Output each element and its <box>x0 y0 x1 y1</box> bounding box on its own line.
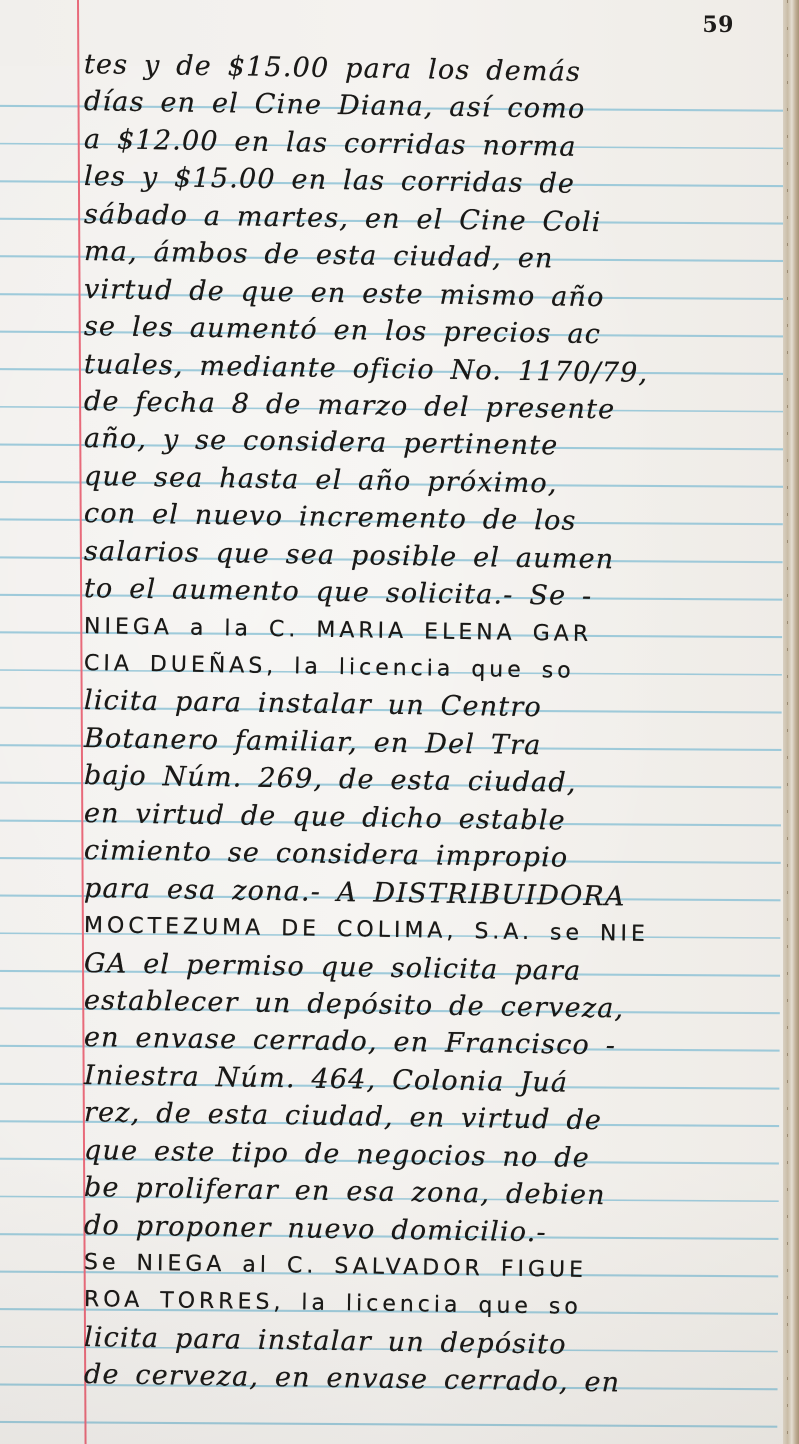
ledger-page-edge <box>783 0 799 1444</box>
ledger-page: 59 tes y de $15.00 para los demás días e… <box>0 0 786 1444</box>
page-number: 59 <box>702 12 734 38</box>
handwritten-text: tes y de $15.00 para los demás días en e… <box>84 46 784 1394</box>
